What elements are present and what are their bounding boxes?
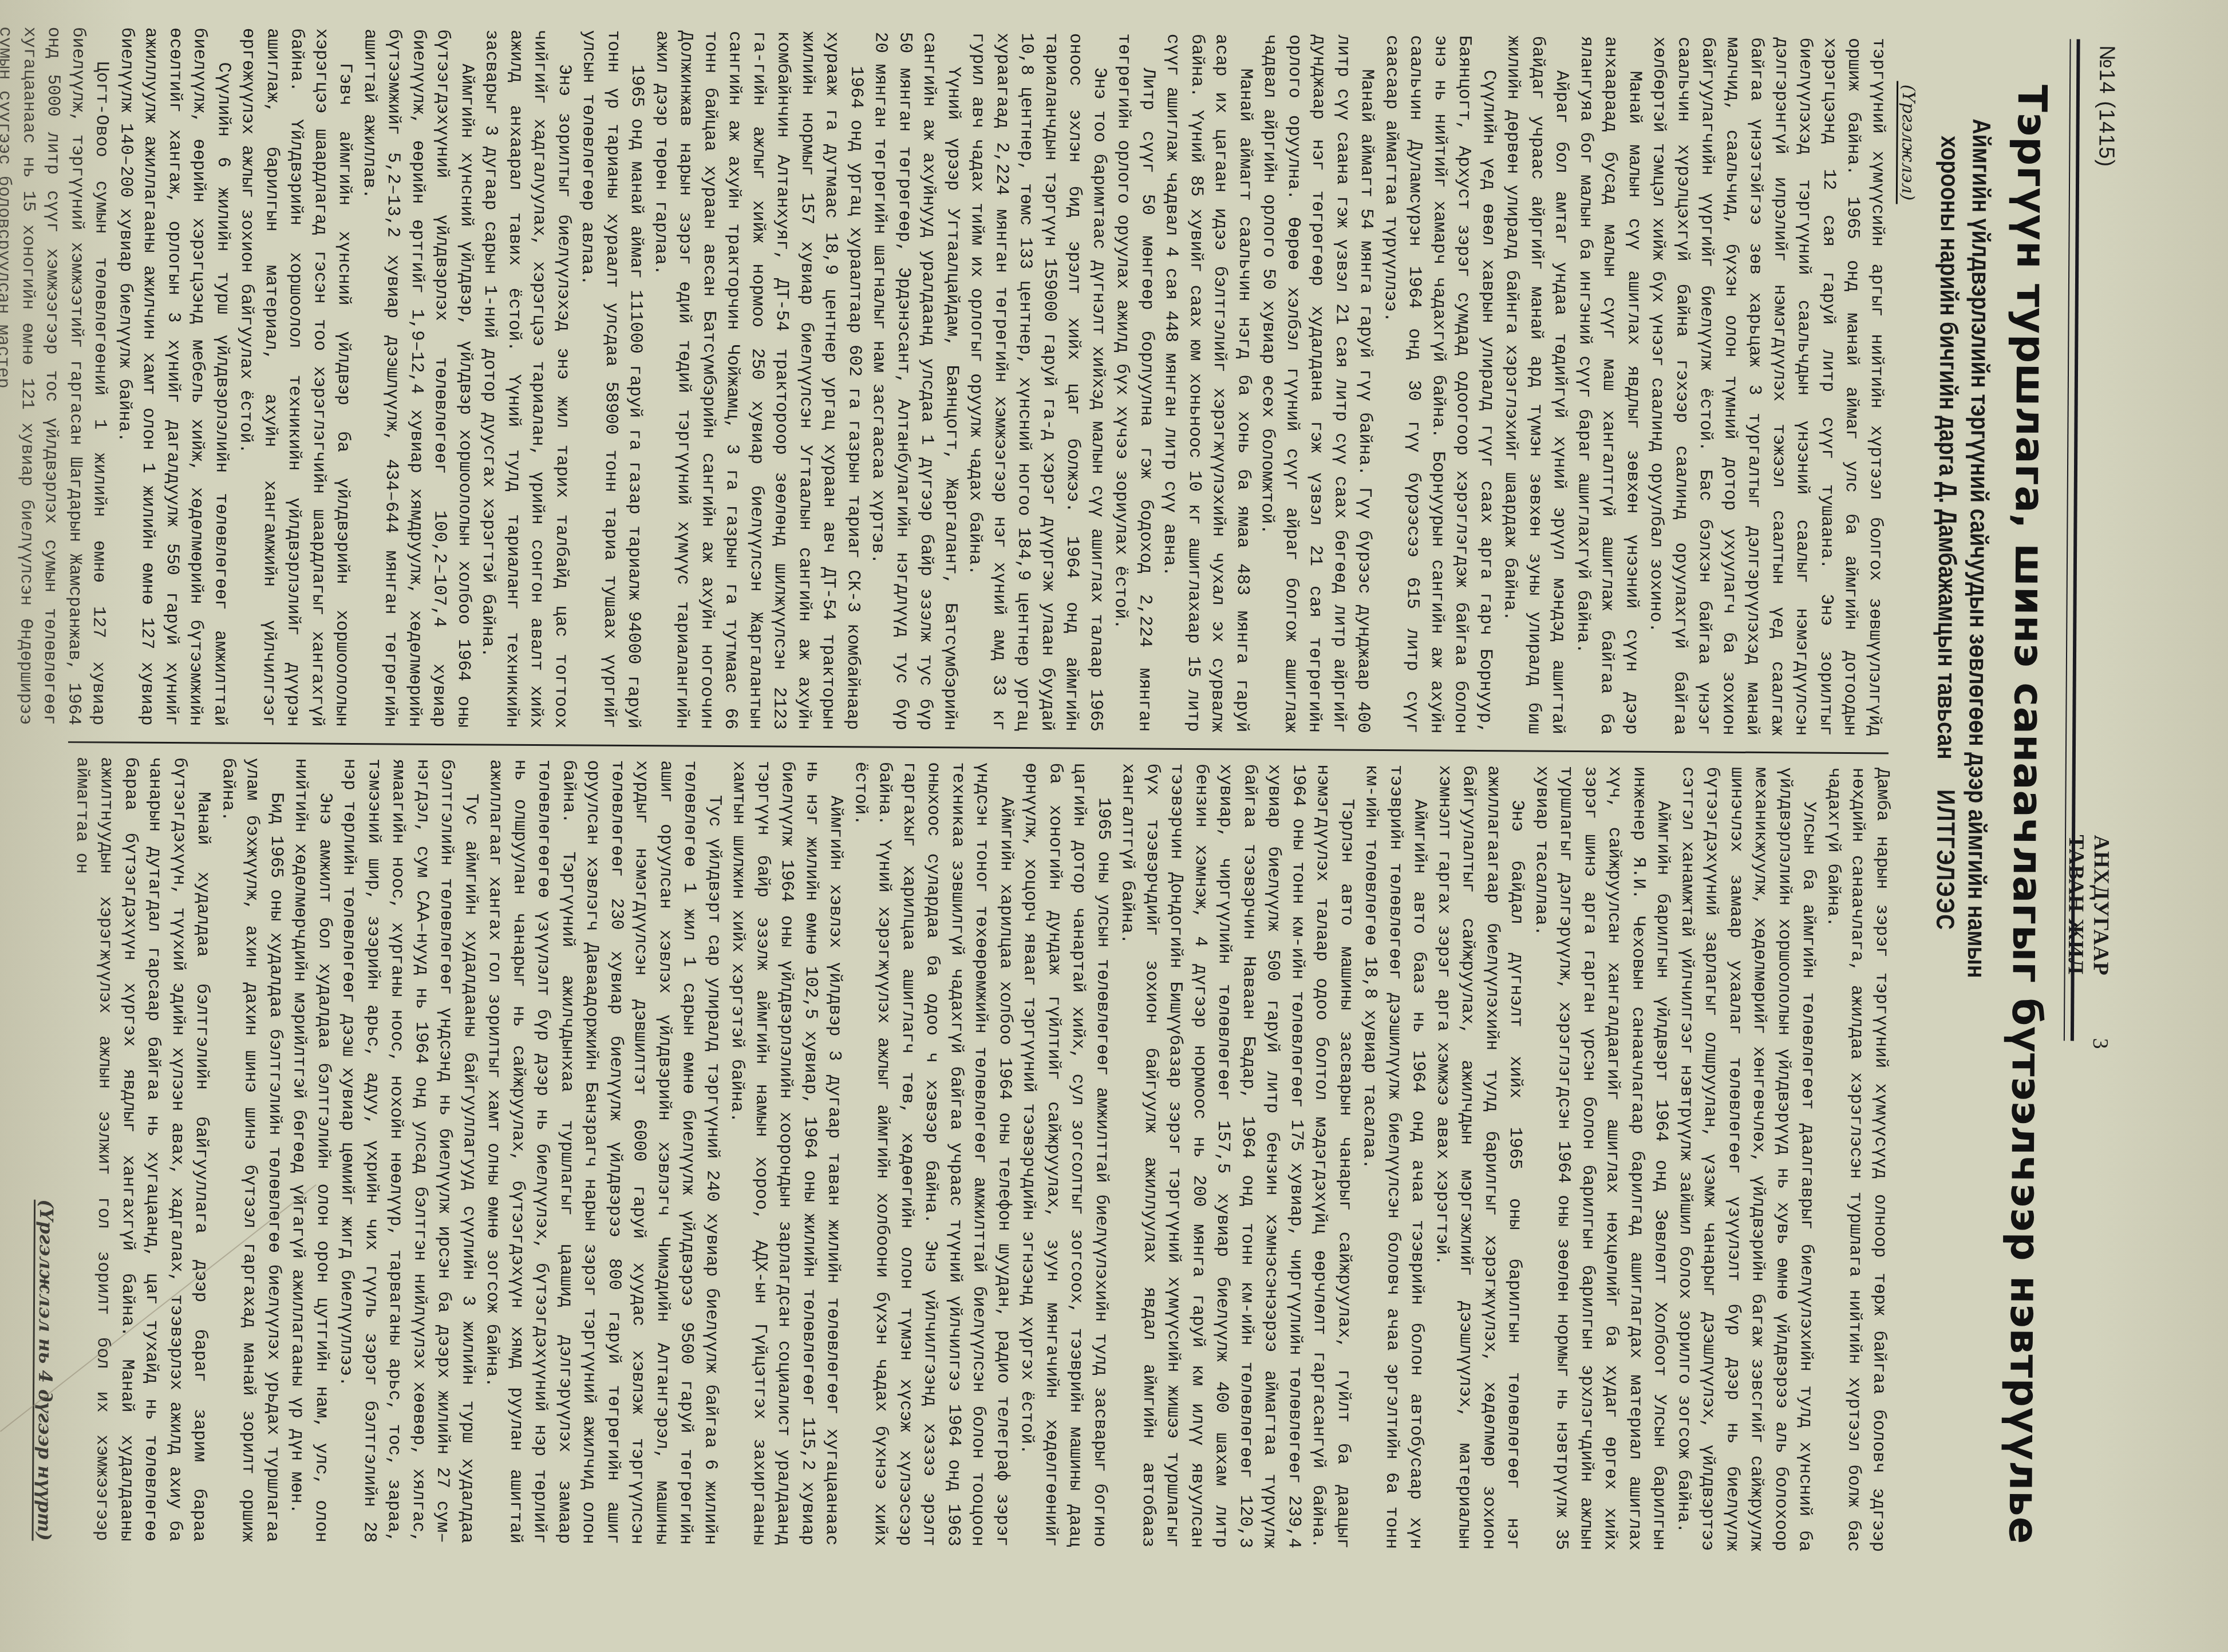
paragraph: Гэвч аймгийн хүнсний үйлдвэр ба үйлдвэри… [231, 28, 357, 727]
paragraph: Литр сүүг 50 мөнгөөр борлуулна гэж бодох… [1107, 33, 1160, 732]
headline: Тэргүүн туршлага, шинэ санаачлагыг бүтээ… [2003, 85, 2056, 1058]
paragraph: Сүүлийн үед өвөл хаврын улиралд гүүг саа… [1375, 35, 1501, 734]
paragraph: Аймгийн авто бааз нь 1964 онд ачаа тээвр… [1354, 765, 1432, 1550]
paragraph: Энэ тоо баримтаас дүгнэлт хийхэд малын с… [961, 33, 1111, 732]
subtitle-line-2: хорооны нарийн бичгийн дарга Д. Дамбажам… [1930, 136, 1964, 923]
subtitle-prefix: хорооны нарийн бичгийн дарга Д. Дамбажам… [1932, 136, 1964, 760]
paragraph: тэргүүний хүмүүсийн аргыг нийтийн хүртээ… [1642, 37, 1890, 737]
paragraph: Аймгийн барилгын үйлдвэрт 1964 онд Зөвлө… [1524, 766, 1675, 1551]
page-number: 3 [2088, 1038, 2113, 1049]
paragraph: Манай малын сүү ашиглах явдлыг зөвхөн үн… [1570, 36, 1647, 735]
paragraph: Энэ амжилт бол худалдаа бэлтгэлийн олон … [283, 758, 337, 1542]
issue-number: №14 (1415) [2093, 45, 2119, 168]
continued-label-text: (Үргэлжлэл) [1896, 81, 1918, 204]
continues-on-text: (Үргэлжлэл нь 4 дүгээр нүүрт) [32, 1199, 58, 1541]
continues-on-page-4: (Үргэлжлэл нь 4 дүгээр нүүрт) [32, 757, 61, 1541]
paragraph: Тус аймгийн худалдааны байгууллагууд сүү… [332, 758, 483, 1544]
paragraph: Энэ зорилтыг биелүүлэхэд энэ жил тарих т… [475, 29, 576, 728]
paragraph: Манай худалдаа бэлтгэлийн байгууллага дэ… [65, 757, 215, 1542]
paragraph: 1964 онд ургац хураалтаар 602 га газрын … [645, 30, 868, 730]
paragraph: 1965 оны улсын төлөвлөгөөг амжилттай бие… [1013, 762, 1115, 1547]
paragraph: Үүний үрээр Угтаалцайдам, Баянцогт, Жарг… [864, 31, 965, 730]
paragraph: Аймгийн харилцаа холбоо 1964 оны телефон… [843, 761, 1018, 1547]
paragraph: Цогт-Овоо сумын төлөвлөгөөний 1 жилийн ө… [0, 26, 114, 725]
paragraph: 1965 онд манай аймаг 111000 гаруй га газ… [572, 30, 649, 729]
paragraph: Манай аймагт 54 мянга гаруй гүү байна. Г… [1253, 34, 1379, 733]
paragraph: Тэрлэн авто машины засварын чанарыг сайж… [1111, 763, 1358, 1549]
paragraph: Аймгийн хэвлэх үйлдвэр 3 дугаар таван жи… [721, 761, 848, 1546]
paragraph: Энэ байдал дүгнэлт хийх 1965 оны барилгы… [1427, 765, 1529, 1550]
continued-label: (Үргэлжлэл) [1898, 81, 1918, 204]
paragraph: Сүүлийн 6 жилийн турш үйлдвэрлэлийн төлө… [110, 27, 236, 726]
subtitle-line-1: Аймгийн үйлдвэрлэлийн тэргүүний сайчууды… [1962, 118, 1995, 906]
paragraph: Айраг бол амтаг ундаа төдийгүй хүний эрү… [1496, 35, 1574, 734]
column-rule [68, 741, 1889, 754]
subtitle-suffix: ИЛТГЭЛЭЭС [1931, 789, 1960, 931]
paragraph: Тус үйлдвэрт сар улиралд тэргүүний 240 х… [478, 759, 726, 1545]
paragraph: Улсын ба аймгийн төлөвлөгөөт даалгаврыг … [1670, 766, 1821, 1552]
paragraph: Манай аймагт саальчин нэгд ба хонь ба ям… [1156, 34, 1257, 733]
newspaper-page: №14 (1415) АНХДУГААР ТАВАН ЖИЛ 3 Тэргүүн… [0, 0, 2228, 1652]
paragraph: Аймгийн хүнсний үйлдвэр, үйлдвэр хоршоол… [353, 29, 479, 728]
right-column: Дамба нарын зэрэг тэргүүний хүмүүсүүд ол… [32, 757, 1894, 1552]
paragraph: Дамба нарын зэрэг тэргүүний хүмүүсүүд ол… [1816, 768, 1894, 1552]
paragraph: Бид 1965 оны худалдаа бэлтгэлийн төлөвлө… [211, 758, 289, 1543]
left-column: тэргүүний хүмүүсийн аргыг нийтийн хүртээ… [0, 26, 1890, 736]
masthead: №14 (1415) АНХДУГААР ТАВАН ЖИЛ 3 [2079, 39, 2119, 1046]
